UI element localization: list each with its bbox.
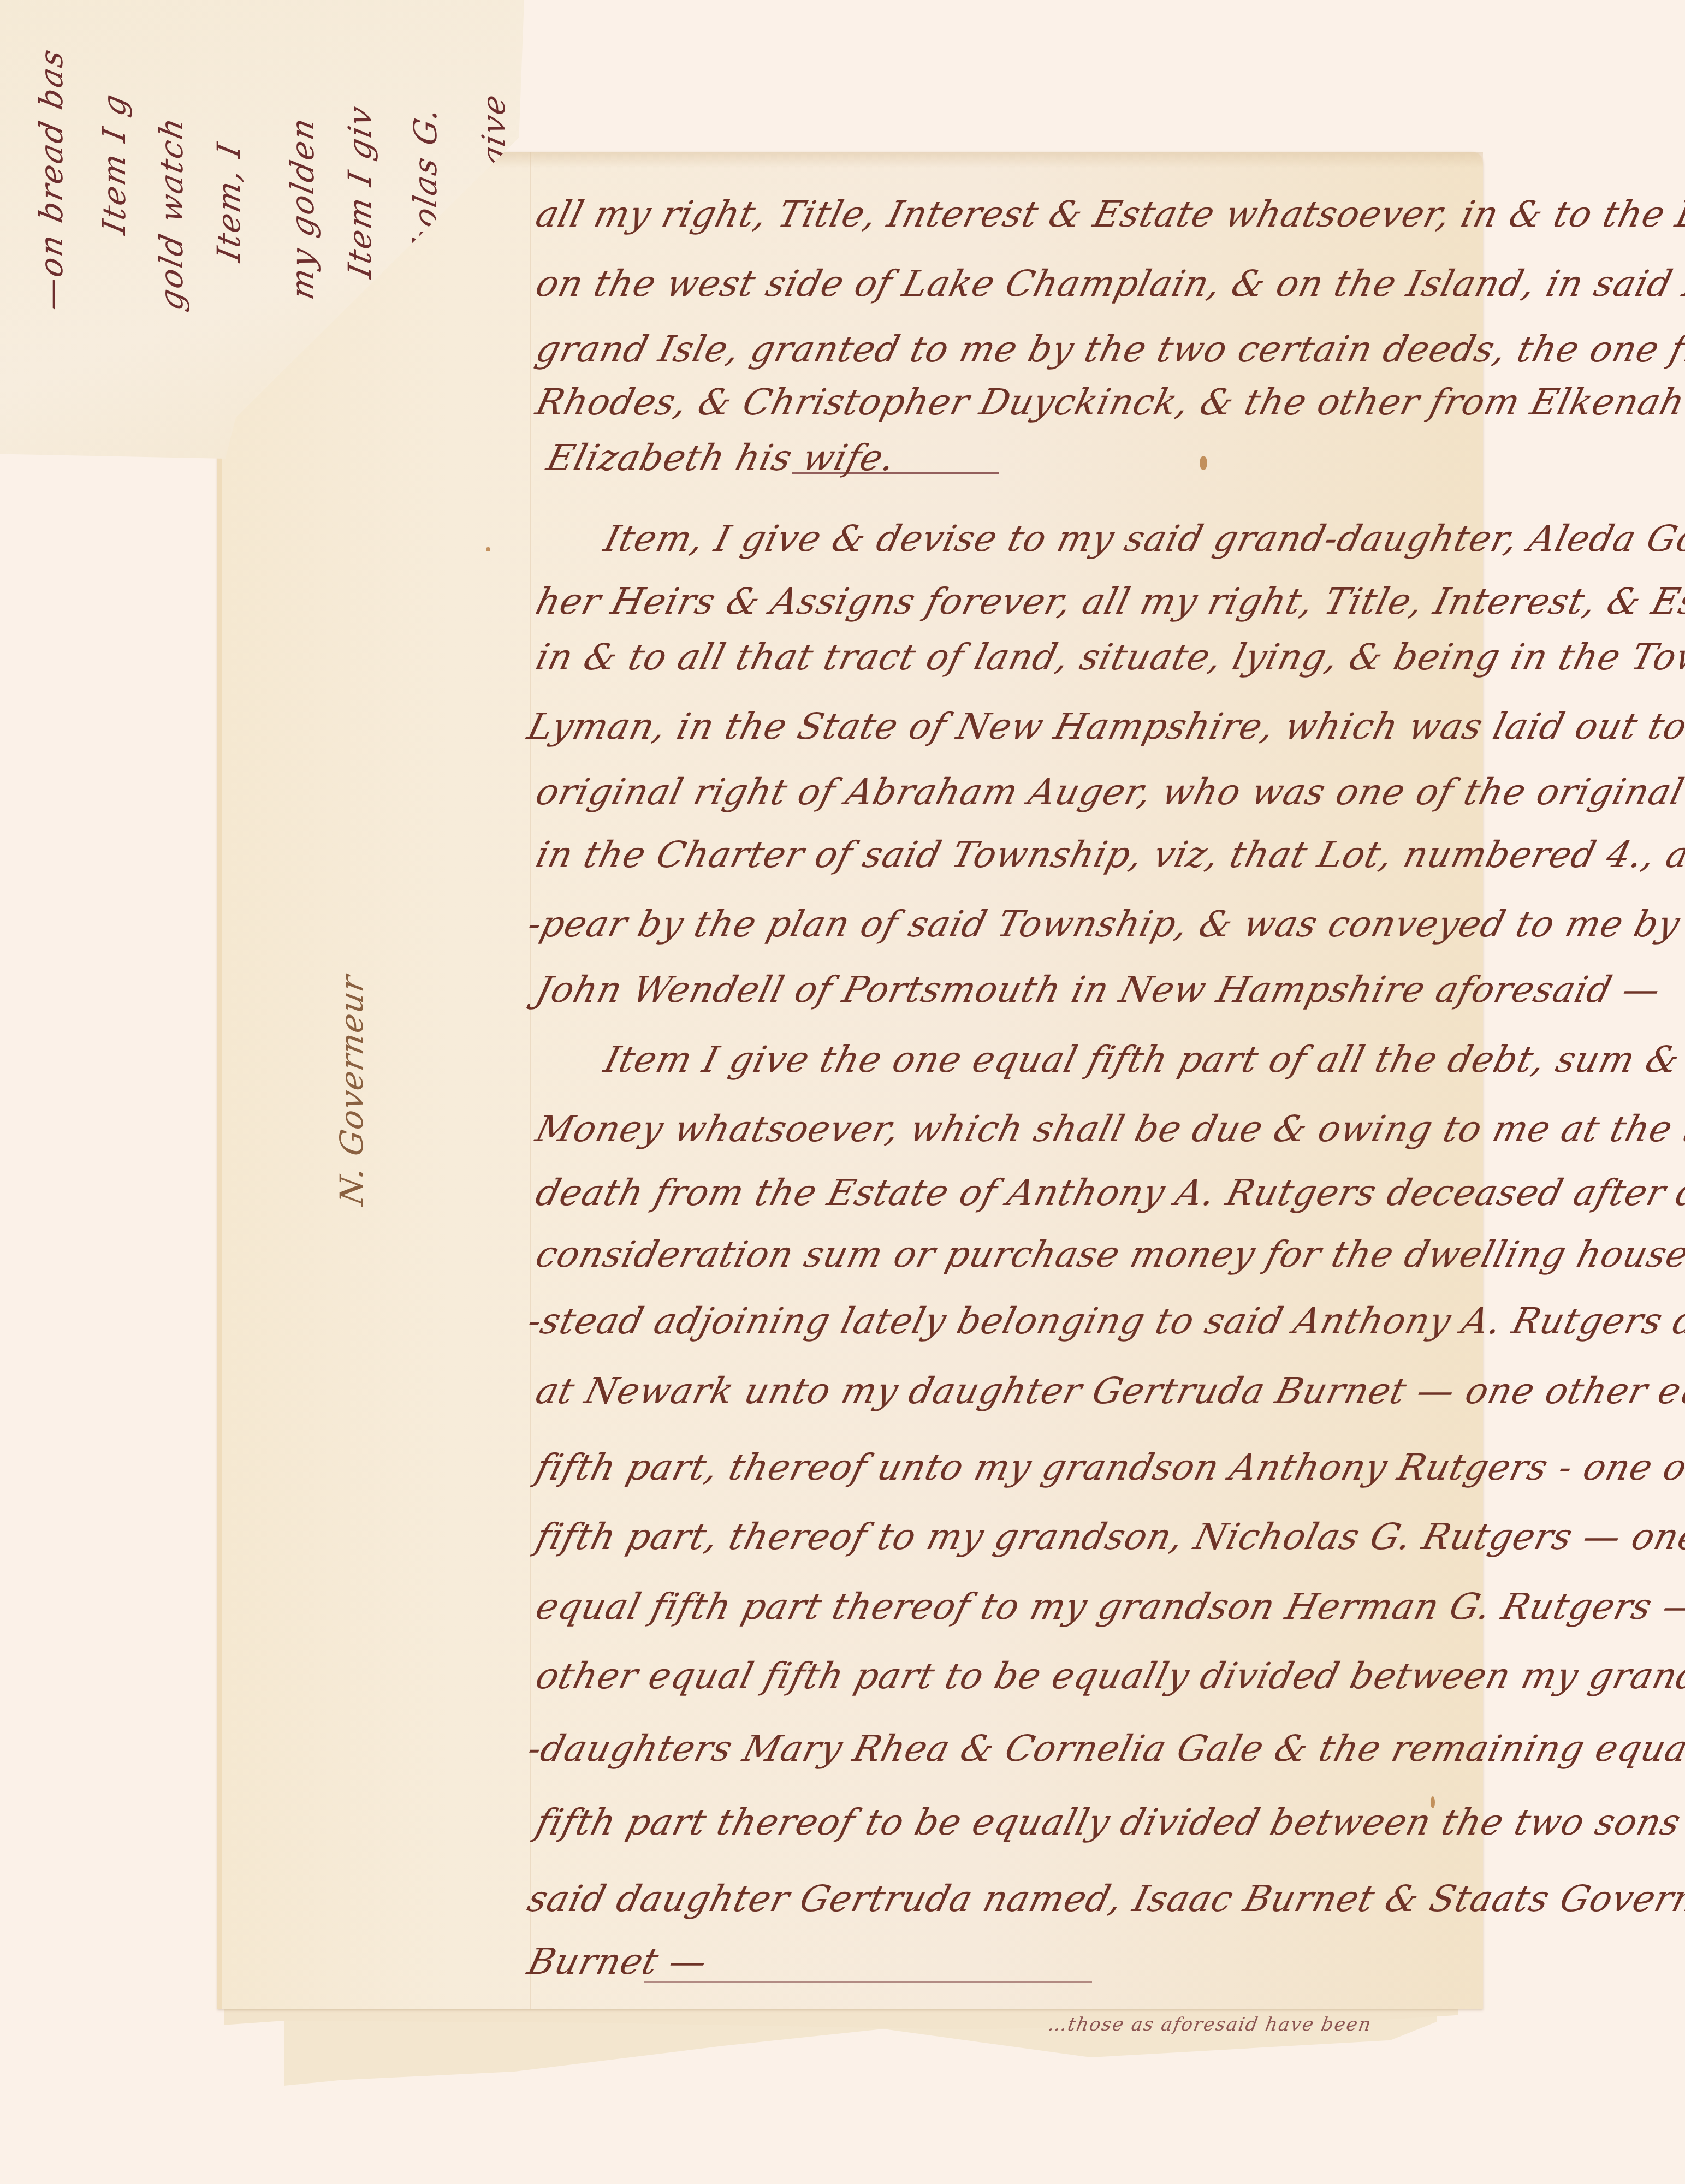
text-line: at Newark unto my daughter Gertruda Burn… [532, 1373, 1685, 1409]
text-line: original right of Abraham Auger, who was… [532, 774, 1685, 810]
flap-line: Item, I [210, 139, 247, 265]
flap-line: gold watch [153, 112, 190, 313]
flap-line: Item I giv [341, 102, 378, 281]
text-line: Burnet — [524, 1944, 711, 1980]
text-line: on the west side of Lake Champlain, & on… [532, 266, 1685, 302]
text-line: death from the Estate of Anthony A. Rutg… [532, 1175, 1685, 1211]
docket-annotation: N. Governeur [333, 971, 370, 1208]
line-filler-rule [644, 1981, 1092, 1983]
text-line: fifth part, thereof unto my grandson Ant… [532, 1450, 1685, 1486]
text-line: in & to all that tract of land, situate,… [532, 639, 1685, 675]
ink-stain [486, 547, 490, 551]
text-line: Item, I give & devise to my said grand-d… [601, 521, 1685, 557]
flap-line: my golden [284, 113, 321, 302]
text-line: fifth part thereof to be equally divided… [532, 1805, 1685, 1841]
text-line: her Heirs & Assigns forever, all my righ… [532, 584, 1685, 620]
text-line: all my right, Title, Interest & Estate w… [532, 197, 1685, 233]
flap-line: —on bread bas [33, 44, 70, 313]
text-line: Elizabeth his wife. [543, 440, 899, 476]
text-line: -stead adjoining lately belonging to sai… [524, 1303, 1685, 1339]
text-line: in the Charter of said Township, viz, th… [532, 837, 1685, 873]
text-line: Lyman, in the State of New Hampshire, wh… [524, 709, 1685, 745]
text-line: said daughter Gertruda named, Isaac Burn… [524, 1881, 1685, 1917]
text-line: Item I give the one equal fifth part of … [601, 1042, 1685, 1078]
text-line: -daughters Mary Rhea & Cornelia Gale & t… [524, 1731, 1685, 1767]
ink-stain [1200, 456, 1207, 470]
text-line: Money whatsoever, which shall be due & o… [532, 1111, 1685, 1147]
text-line: other equal fifth part to be equally div… [532, 1658, 1685, 1694]
text-line: Rhodes, & Christopher Duyckinck, & the o… [532, 384, 1685, 420]
flap-line: Item I g [96, 90, 133, 238]
text-line: John Wendell of Portsmouth in New Hampsh… [532, 972, 1664, 1008]
underlying-sheet-text: …those as aforesaid have been [1046, 2014, 1373, 2035]
text-line: consideration sum or purchase money for … [532, 1237, 1685, 1273]
text-line: -pear by the plan of said Township, & wa… [524, 906, 1685, 942]
text-line: equal fifth part thereof to my grandson … [532, 1589, 1685, 1625]
text-line: grand Isle, granted to me by the two cer… [532, 331, 1685, 367]
text-line: fifth part, thereof to my grandson, Nich… [532, 1519, 1685, 1555]
fold-crease [530, 152, 531, 2009]
